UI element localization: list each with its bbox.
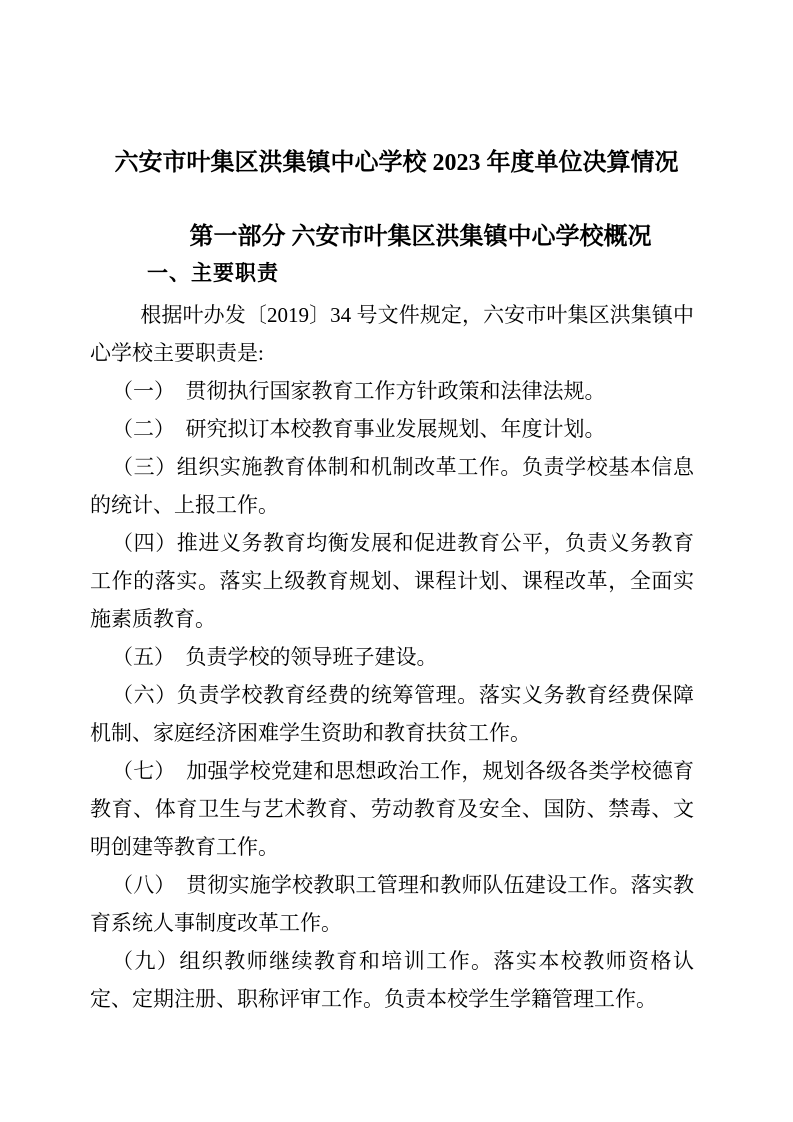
responsibility-item-8: （八） 贯彻实施学校教职工管理和教师队伍建设工作。落实教育系统人事制度改革工作。 <box>90 866 694 942</box>
responsibility-item-3: （三）组织实施教育体制和机制改革工作。负责学校基本信息的统计、上报工作。 <box>90 448 694 524</box>
responsibility-item-7: （七） 加强学校党建和思想政治工作，规划各级各类学校德育教育、体育卫生与艺术教育… <box>90 752 694 866</box>
document-title: 六安市叶集区洪集镇中心学校 2023 年度单位决算情况 <box>0 149 793 177</box>
section1-heading: 一、主要职责 <box>147 262 279 286</box>
responsibility-item-9: （九）组织教师继续教育和培训工作。落实本校教师资格认定、定期注册、职称评审工作。… <box>90 942 694 1018</box>
responsibility-item-2: （二） 研究拟订本校教育事业发展规划、年度计划。 <box>90 410 694 448</box>
document-page: 六安市叶集区洪集镇中心学校 2023 年度单位决算情况 第一部分 六安市叶集区洪… <box>0 0 793 1122</box>
responsibility-item-1: （一） 贯彻执行国家教育工作方针政策和法律法规。 <box>90 372 694 410</box>
responsibility-item-6: （六）负责学校教育经费的统筹管理。落实义务教育经费保障机制、家庭经济困难学生资助… <box>90 676 694 752</box>
responsibility-item-5: （五） 负责学校的领导班子建设。 <box>90 638 694 676</box>
part1-heading: 第一部分 六安市叶集区洪集镇中心学校概况 <box>0 223 793 251</box>
intro-paragraph: 根据叶办发〔2019〕34 号文件规定，六安市叶集区洪集镇中心学校主要职责是: <box>90 296 694 372</box>
section1-body: 根据叶办发〔2019〕34 号文件规定，六安市叶集区洪集镇中心学校主要职责是: … <box>90 296 694 1018</box>
responsibility-item-4: （四）推进义务教育均衡发展和促进教育公平，负责义务教育工作的落实。落实上级教育规… <box>90 524 694 638</box>
